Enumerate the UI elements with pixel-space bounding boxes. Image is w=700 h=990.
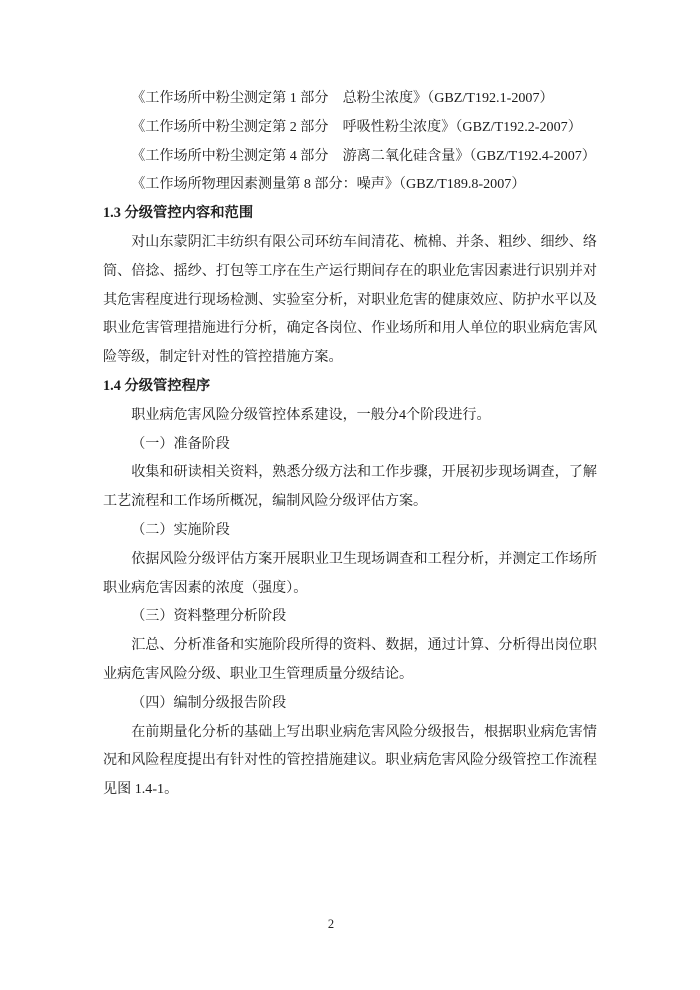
stage-3-description: 汇总、分析准备和实施阶段所得的资料、数据，通过计算、分析得出岗位职业病危害风险分… <box>103 631 597 689</box>
stage-2-description: 依据风险分级评估方案开展职业卫生现场调查和工程分析，并测定工作场所职业病危害因素… <box>103 545 597 603</box>
reference-line-1: 《工作场所中粉尘测定第 1 部分 总粉尘浓度》（GBZ/T192.1-2007） <box>103 84 597 113</box>
section-1-4-intro: 职业病危害风险分级管控体系建设，一般分4个阶段进行。 <box>103 401 597 430</box>
reference-line-2: 《工作场所中粉尘测定第 2 部分 呼吸性粉尘浓度》（GBZ/T192.2-200… <box>103 113 597 142</box>
stage-3-title: （三）资料整理分析阶段 <box>103 602 597 631</box>
stage-4-title: （四）编制分级报告阶段 <box>103 689 597 718</box>
page-number: 2 <box>0 914 662 934</box>
stage-2-title: （二）实施阶段 <box>103 516 597 545</box>
section-heading-1-3: 1.3 分级管控内容和范围 <box>103 199 597 228</box>
section-heading-1-4: 1.4 分级管控程序 <box>103 372 597 401</box>
stage-1-title: （一）准备阶段 <box>103 430 597 459</box>
reference-line-3: 《工作场所中粉尘测定第 4 部分 游离二氧化硅含量》（GBZ/T192.4-20… <box>103 142 597 171</box>
stage-1-description: 收集和研读相关资料，熟悉分级方法和工作步骤，开展初步现场调查，了解工艺流程和工作… <box>103 458 597 516</box>
document-page: 《工作场所中粉尘测定第 1 部分 总粉尘浓度》（GBZ/T192.1-2007）… <box>0 0 700 990</box>
stage-4-description: 在前期量化分析的基础上写出职业病危害风险分级报告，根据职业病危害情况和风险程度提… <box>103 718 597 804</box>
page-content: 《工作场所中粉尘测定第 1 部分 总粉尘浓度》（GBZ/T192.1-2007）… <box>103 0 597 804</box>
section-1-3-paragraph: 对山东蒙阴汇丰纺织有限公司环纺车间清花、梳棉、并条、粗纱、细纱、络筒、倍捻、摇纱… <box>103 228 597 372</box>
reference-line-4: 《工作场所物理因素测量第 8 部分：噪声》（GBZ/T189.8-2007） <box>103 170 597 199</box>
